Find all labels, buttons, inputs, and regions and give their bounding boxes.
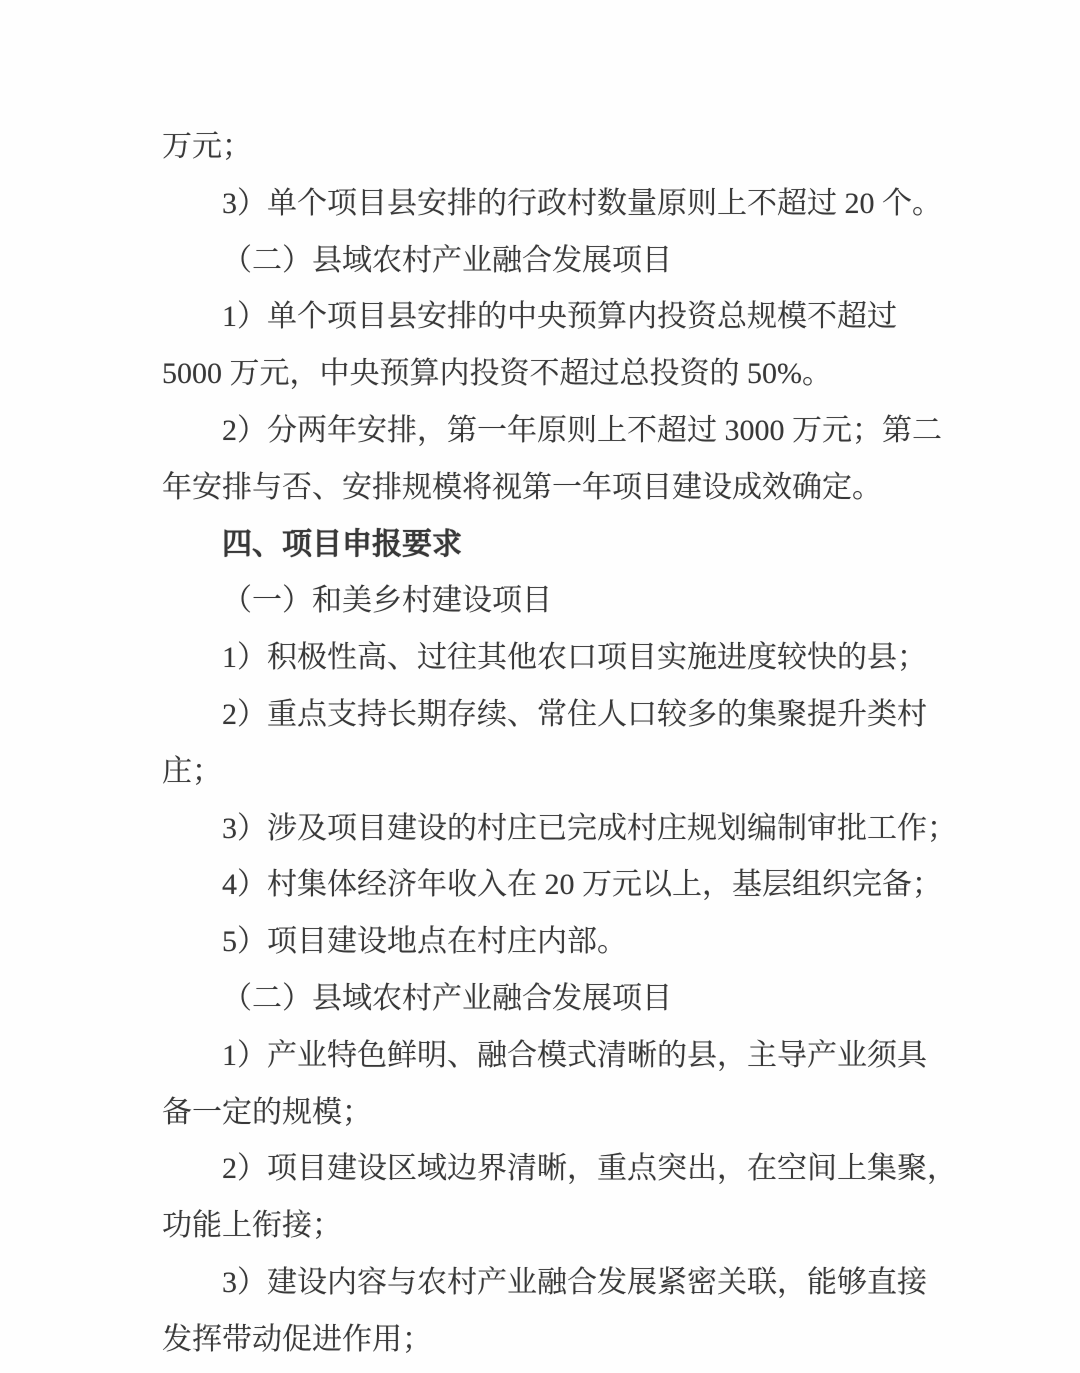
doc-line: 1）单个项目县安排的中央预算内投资总规模不超过	[162, 289, 940, 346]
doc-line: 功能上衔接；	[162, 1198, 940, 1255]
doc-line: 发挥带动促进作用；	[162, 1312, 940, 1369]
document-body: 万元； 3）单个项目县安排的行政村数量原则上不超过 20 个。 （二）县域农村产…	[0, 0, 1080, 1369]
doc-line: 年安排与否、安排规模将视第一年项目建设成效确定。	[162, 460, 940, 517]
doc-subheading: （一）和美乡村建设项目	[162, 573, 940, 630]
doc-line: 1）积极性高、过往其他农口项目实施进度较快的县；	[162, 630, 940, 687]
section-heading: 四、项目申报要求	[162, 517, 940, 574]
doc-line: 万元；	[162, 119, 940, 176]
doc-subheading: （二）县域农村产业融合发展项目	[162, 971, 940, 1028]
doc-line: 2）重点支持长期存续、常住人口较多的集聚提升类村	[162, 687, 940, 744]
doc-line: 3）建设内容与农村产业融合发展紧密关联，能够直接	[162, 1255, 940, 1312]
doc-line: 2）分两年安排，第一年原则上不超过 3000 万元；第二	[162, 403, 940, 460]
doc-line: 3）涉及项目建设的村庄已完成村庄规划编制审批工作；	[162, 801, 940, 858]
doc-line: 庄；	[162, 744, 940, 801]
doc-line: 1）产业特色鲜明、融合模式清晰的县，主导产业须具	[162, 1028, 940, 1085]
doc-line: 5）项目建设地点在村庄内部。	[162, 914, 940, 971]
doc-line: 备一定的规模；	[162, 1085, 940, 1142]
doc-line: 2）项目建设区域边界清晰，重点突出，在空间上集聚，	[162, 1141, 940, 1198]
doc-line: 4）村集体经济年收入在 20 万元以上，基层组织完备；	[162, 857, 940, 914]
document-page: 万元； 3）单个项目县安排的行政村数量原则上不超过 20 个。 （二）县域农村产…	[0, 0, 1080, 1373]
doc-line: 5000 万元，中央预算内投资不超过总投资的 50%。	[162, 346, 940, 403]
doc-subheading: （二）县域农村产业融合发展项目	[162, 233, 940, 290]
doc-line: 3）单个项目县安排的行政村数量原则上不超过 20 个。	[162, 176, 940, 233]
